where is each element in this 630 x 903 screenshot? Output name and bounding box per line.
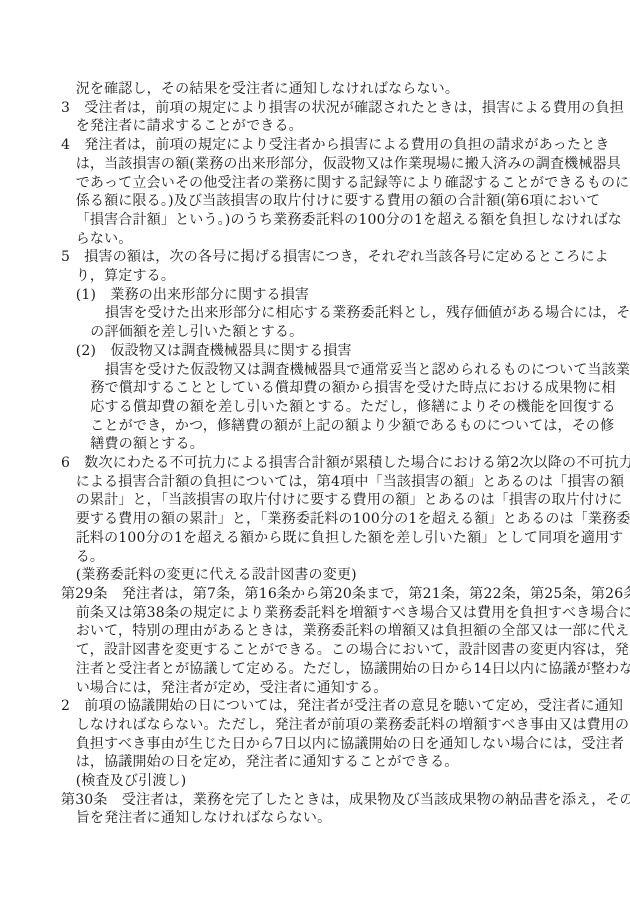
text-line: しなければならない。ただし，発注者が前項の業務委託料の増額すべき事由又は費用の — [61, 716, 571, 735]
clause-28-para-3: 3 受注者は，前項の規定により損害の状況が確認されたときは，損害による費用の負担… — [61, 99, 571, 136]
text-line: 要する費用の額の累計」と，「業務委託料の100分の1を超える額」とあるのは「業務… — [61, 510, 571, 529]
text-line: ことができ，かつ，修繕費の額が上記の額より少額であるものについては，その修 — [61, 417, 571, 436]
clause-28-para-6: 6 数次にわたる不可抗力による損害合計額が累積した場合における第2次以降の不可抗… — [61, 454, 571, 566]
text-line: 注者と受注者とが協議して定める。ただし，協議開始の日から14日以内に協議が整わな — [61, 660, 571, 679]
text-line: であって立会いその他受注者の業務に関する記録等により確認することができるものに — [61, 174, 571, 193]
text-line: (業務委託料の変更に代える設計図書の変更) — [61, 566, 571, 585]
text-line: の評価額を差し引いた額とする。 — [61, 323, 571, 342]
clause-29-para-1: 第29条 発注者は，第7条，第16条から第20条まで，第21条，第22条，第25… — [61, 585, 571, 697]
text-line: 旨を発注者に通知しなければならない。 — [61, 809, 571, 828]
text-line: らない。 — [61, 230, 571, 249]
contract-text-body: 況を確認し，その結果を受注者に通知しなければならない。3 受注者は，前項の規定に… — [61, 80, 571, 828]
text-line: 「損害合計額」という。)のうち業務委託料の100分の1を超える額を負担しなければ… — [61, 211, 571, 230]
text-line: (1) 業務の出来形部分に関する損害 — [61, 286, 571, 305]
text-line: の累計」と，「当該損害の取片付けに要する費用の額」とあるのは「損害の取片付けに — [61, 491, 571, 510]
text-line: を発注者に請求することができる。 — [61, 117, 571, 136]
text-line: 況を確認し，その結果を受注者に通知しなければならない。 — [61, 80, 571, 99]
text-line: 損害を受けた仮設物又は調査機械器具で通常妥当と認められるものについて当該業 — [61, 361, 571, 380]
text-line: (2) 仮設物又は調査機械器具に関する損害 — [61, 342, 571, 361]
text-line: 繕費の額とする。 — [61, 435, 571, 454]
clause-28-para-5: 5 損害の額は，次の各号に掲げる損害につき，それぞれ当該各号に定めるところにより… — [61, 248, 571, 285]
text-line: る。 — [61, 548, 571, 567]
text-line: 3 受注者は，前項の規定により損害の状況が確認されたときは，損害による費用の負担 — [61, 99, 571, 118]
text-line: 託料の100分の1を超える額から既に負担した額を差し引いた額」として同項を適用す — [61, 529, 571, 548]
text-line: (検査及び引渡し) — [61, 772, 571, 791]
text-line: による損害合計額の負担については，第4項中「当該損害の額」とあるのは「損害の額 — [61, 473, 571, 492]
clause-28-para-5-item-1: (1) 業務の出来形部分に関する損害損害を受けた出来形部分に相応する業務委託料と… — [61, 286, 571, 342]
clause-28-para-4: 4 発注者は，前項の規定により受注者から損害による費用の負担の請求があったときは… — [61, 136, 571, 248]
text-line: 前条又は第38条の規定により業務委託料を増額すべき場合又は費用を負担すべき場合に — [61, 604, 571, 623]
text-line: 5 損害の額は，次の各号に掲げる損害につき，それぞれ当該各号に定めるところによ — [61, 248, 571, 267]
clause-28-para-5-item-2: (2) 仮設物又は調査機械器具に関する損害損害を受けた仮設物又は調査機械器具で通… — [61, 342, 571, 454]
text-line: は，協議開始の日を定め，発注者に通知することができる。 — [61, 753, 571, 772]
clause-28-para-2-continuation: 況を確認し，その結果を受注者に通知しなければならない。 — [61, 80, 571, 99]
text-line: 損害を受けた出来形部分に相応する業務委託料とし，残存価値がある場合には，そ — [61, 304, 571, 323]
clause-30-para-1: 第30条 受注者は，業務を完了したときは，成果物及び当該成果物の納品書を添え，そ… — [61, 791, 571, 828]
text-line: て，設計図書を変更することができる。この場合において，設計図書の変更内容は，発 — [61, 641, 571, 660]
text-line: り，算定する。 — [61, 267, 571, 286]
text-line: 係る額に限る。)及び当該損害の取片付けに要する費用の額の合計額(第6項において — [61, 192, 571, 211]
text-line: 4 発注者は，前項の規定により受注者から損害による費用の負担の請求があったとき — [61, 136, 571, 155]
text-line: 第29条 発注者は，第7条，第16条から第20条まで，第21条，第22条，第25… — [61, 585, 571, 604]
text-line: い場合には，発注者が定め，受注者に通知する。 — [61, 679, 571, 698]
text-line: 6 数次にわたる不可抗力による損害合計額が累積した場合における第2次以降の不可抗… — [61, 454, 571, 473]
text-line: 務で償却することとしている償却費の額から損害を受けた時点における成果物に相 — [61, 379, 571, 398]
text-line: 第30条 受注者は，業務を完了したときは，成果物及び当該成果物の納品書を添え，そ… — [61, 791, 571, 810]
text-line: 応する償却費の額を差し引いた額とする。ただし，修繕によりその機能を回復する — [61, 398, 571, 417]
document-page: 況を確認し，その結果を受注者に通知しなければならない。3 受注者は，前項の規定に… — [0, 0, 630, 903]
clause-29-heading: (業務委託料の変更に代える設計図書の変更) — [61, 566, 571, 585]
text-line: 2 前項の協議開始の日については，発注者が受注者の意見を聴いて定め，受注者に通知 — [61, 697, 571, 716]
clause-29-para-2: 2 前項の協議開始の日については，発注者が受注者の意見を聴いて定め，受注者に通知… — [61, 697, 571, 772]
text-line: は，当該損害の額(業務の出来形部分，仮設物又は作業現場に搬入済みの調査機械器具 — [61, 155, 571, 174]
clause-30-heading: (検査及び引渡し) — [61, 772, 571, 791]
text-line: おいて，特別の理由があるときは，業務委託料の増額又は負担額の全部又は一部に代え — [61, 622, 571, 641]
text-line: 負担すべき事由が生じた日から7日以内に協議開始の日を通知しない場合には，受注者 — [61, 735, 571, 754]
